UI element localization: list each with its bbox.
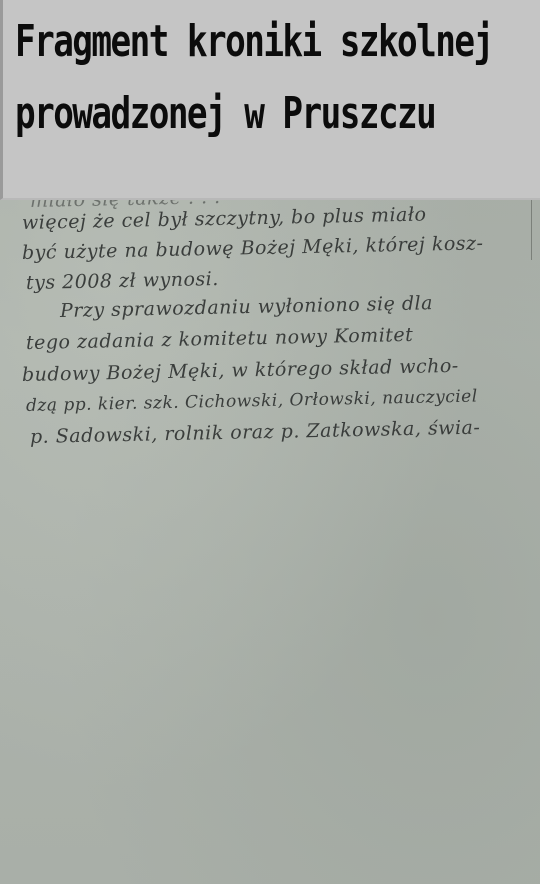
title-banner: Fragment kroniki szkolnej prowadzonej w … — [0, 0, 540, 200]
handwritten-line: Przy sprawozdaniu wyłoniono się dla — [60, 292, 433, 322]
page-edge-line — [531, 200, 532, 260]
handwritten-line: budowy Bożej Męki, w którego skład wcho- — [22, 355, 459, 386]
title-line-1: Fragment kroniki szkolnej — [15, 6, 425, 78]
handwritten-line: dzą pp. kier. szk. Cichowski, Orłowski, … — [26, 387, 478, 416]
handwritten-line: p. Sadowski, rolnik oraz p. Zatkowska, ś… — [30, 417, 481, 448]
handwritten-line: być użyte na budowę Bożej Męki, której k… — [22, 232, 484, 264]
handwritten-page: miało się także . . . więcej że cel był … — [0, 200, 540, 884]
handwritten-line: tego zadania z komitetu nowy Komitet — [26, 324, 414, 354]
handwritten-line: tys 2008 zł wynosi. — [26, 268, 219, 294]
chronicle-page: Fragment kroniki szkolnej prowadzonej w … — [0, 0, 540, 884]
title-line-2: prowadzonej w Pruszczu — [15, 78, 425, 150]
